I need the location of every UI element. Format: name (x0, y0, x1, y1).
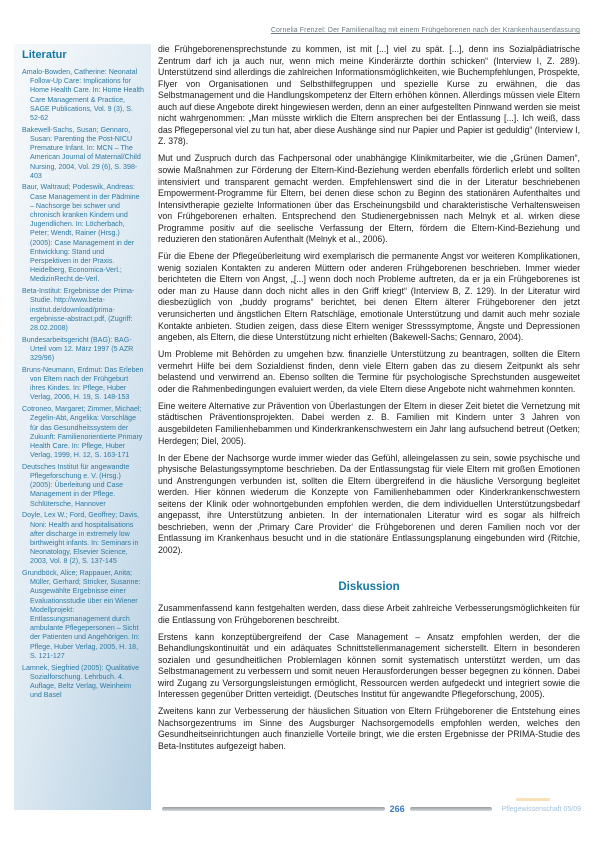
literature-title: Literatur (22, 49, 144, 61)
reference-entry: Amalo-Bowden, Catherine: Neonatal Follow… (22, 68, 144, 123)
article-body: die Frühgeborenensprechstunde zu kommen,… (158, 44, 580, 810)
content-area: Literatur Amalo-Bowden, Catherine: Neona… (14, 44, 580, 810)
running-head: Cornelia Frenzel: Der Familienalltag mit… (271, 27, 580, 34)
reference-entry: Lamnek, Siegfried (2005): Qualitative So… (22, 664, 144, 701)
reference-entry: Cotroneo, Margaret; Zimmer, Michael; Zeg… (22, 405, 144, 460)
reference-entry: Bakewell-Sachs, Susan; Gennaro, Susan: P… (22, 126, 144, 181)
discussion-heading: Diskussion (158, 582, 580, 594)
reference-entry: Beta-Institut: Ergebnisse der Prima-Stud… (22, 287, 144, 333)
page-footer: 266 Pflegewissenschaft 05/09 (162, 803, 581, 815)
journal-name: Pflegewissenschaft 05/09 (502, 806, 581, 813)
reference-entry: Grundböck, Alice; Rappauer, Anita; Mülle… (22, 569, 144, 661)
body-paragraph: Erstens kann konzeptübergreifend der Cas… (158, 632, 580, 701)
body-paragraph: die Frühgeborenensprechstunde zu kommen,… (158, 44, 580, 148)
body-paragraph: Um Probleme mit Behörden zu umgehen bzw.… (158, 349, 580, 395)
reference-entry: Deutsches Institut für angewandte Pflege… (22, 463, 144, 509)
body-paragraph: Zusammenfassend kann festgehalten werden… (158, 603, 580, 626)
body-paragraph: Eine weitere Alternative zur Prävention … (158, 401, 580, 447)
document-page: Cornelia Frenzel: Der Familienalltag mit… (0, 0, 595, 842)
reference-entry: Doyle, Lex W.; Ford, Geoffrey; Davis, No… (22, 511, 144, 566)
body-paragraph: Mut und Zuspruch durch das Fachpersonal … (158, 153, 580, 245)
footer-rule-right (410, 807, 492, 811)
reference-entry: Bruns-Neumann, Erdmut: Das Erleben von E… (22, 366, 144, 403)
literature-sidebar: Literatur Amalo-Bowden, Catherine: Neona… (14, 44, 151, 810)
page-number: 266 (390, 804, 405, 814)
journal-accent-bar (516, 798, 550, 802)
body-paragraph: Zweitens kann zur Verbesserung der häusl… (158, 706, 580, 752)
body-paragraph: Für die Ebene der Pflegeüberleitung wird… (158, 251, 580, 343)
footer-rule-left (162, 807, 385, 811)
reference-entry: Bundesarbeitsgericht (BAG): BAG-Urteil v… (22, 336, 144, 364)
body-paragraph: In der Ebene der Nachsorge wurde immer w… (158, 453, 580, 557)
journal-mark: Pflegewissenschaft 05/09 (502, 806, 581, 813)
reference-entry: Baur, Waltraud; Podeswik, Andreas: Case … (22, 183, 144, 284)
